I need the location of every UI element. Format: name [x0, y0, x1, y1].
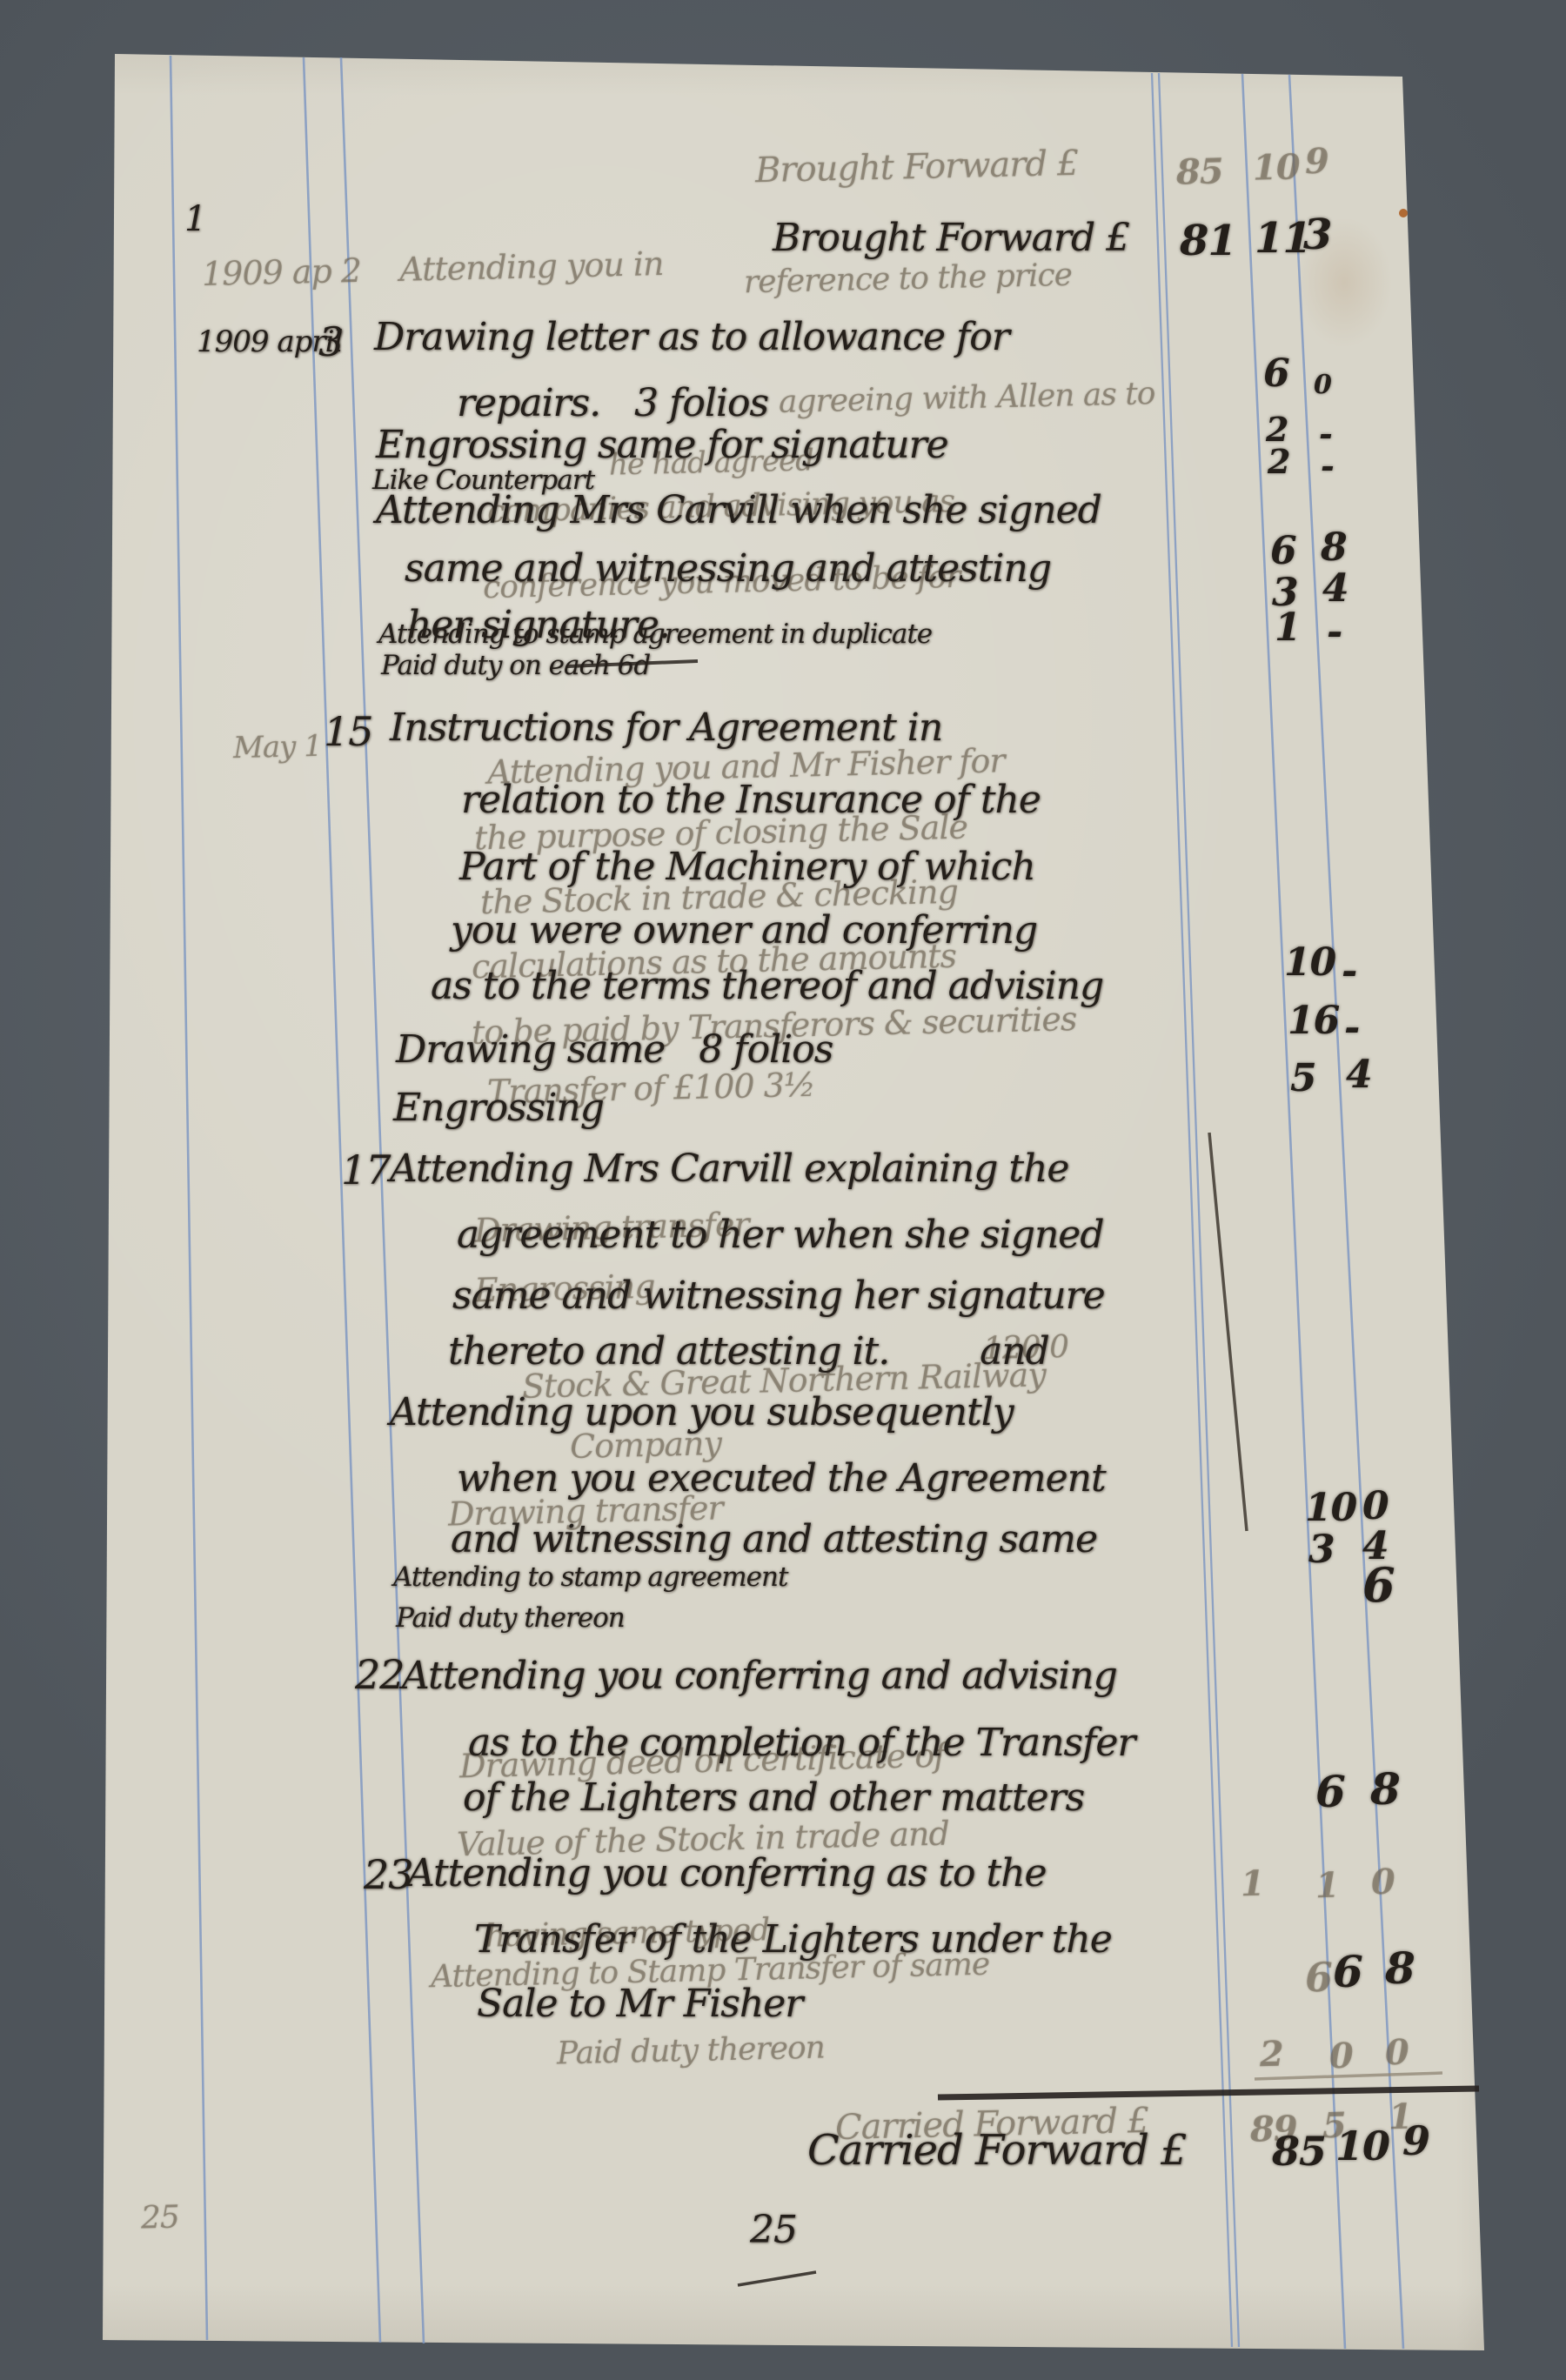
page-number: 25 [750, 2211, 797, 2250]
entry-line: Paid duty thereon [396, 1605, 625, 1632]
entry-line: same and witnessing and attesting [405, 550, 1051, 588]
amount-pence: 0 [1314, 372, 1331, 398]
entry-line: Paid duty on each 6d [381, 652, 650, 679]
amount-pence: - [1344, 1009, 1359, 1047]
entry-line: Engrossing same for signature [376, 426, 948, 465]
entry-line: of the Lighters and other matters [463, 1779, 1084, 1817]
ghost-shillings: 0 [1329, 2039, 1354, 2075]
entry-line: relation to the Insurance of the [461, 781, 1041, 819]
entry-line: you were owner and conferring [451, 912, 1037, 950]
brought-forward-pence: 3 [1303, 214, 1331, 256]
entry-line: as to the completion of the Transfer [468, 1724, 1134, 1762]
amount-pence: 8 [1370, 1768, 1400, 1811]
entry-line: Drawing same 8 folios [396, 1031, 833, 1069]
entry-line: Drawing letter as to allowance for [374, 318, 1009, 357]
ghost-line: reference to the price [744, 260, 1073, 299]
day-number: 3 [318, 322, 343, 362]
amount-shillings: 5 [1290, 1060, 1316, 1098]
ghost-page-number: 25 [141, 2203, 180, 2235]
amount-pence: 8 [1321, 529, 1347, 567]
ink-bracket-line [1209, 1133, 1247, 1531]
entry-line: Sale to Mr Fisher [477, 1985, 802, 2023]
amount-pence: 4 [1322, 570, 1348, 608]
carried-forward-shillings: 10 [1335, 2126, 1389, 2166]
entry-line: Instructions for Agreement in [390, 709, 942, 747]
amount-shillings: 6 [1270, 532, 1296, 571]
ghost-pounds: 2 [1260, 2037, 1284, 2073]
amount-shillings: 6 [1333, 1950, 1362, 1994]
entry-line: Attending you conferring and advising [402, 1657, 1117, 1695]
entry-line: Attending Mrs Carvill when she signed [376, 491, 1101, 530]
amount-shillings: 1 [1275, 609, 1301, 647]
amount-shillings: 6 [1315, 1770, 1345, 1814]
stray-pen-mark: 1 [184, 202, 205, 237]
ghost-pounds: 85 [1176, 154, 1224, 190]
entry-line: and witnessing and attesting same [451, 1521, 1097, 1559]
entry-line: as to the terms thereof and advising [431, 967, 1103, 1006]
ghost-pence: 0 [1371, 1865, 1395, 1901]
entry-line: Attending Mrs Carvill explaining the [390, 1150, 1068, 1188]
day-number: 17 [341, 1150, 391, 1190]
entry-line: repairs. 3 folios [457, 384, 768, 423]
amount-shillings: 6 [1263, 355, 1289, 393]
carried-forward-pence: 9 [1402, 2121, 1429, 2161]
ghost-pounds: 6 [1304, 1957, 1332, 1998]
amount-pence: 4 [1346, 1056, 1372, 1094]
amount-pence: 8 [1385, 1947, 1415, 1990]
entry-line: Attending to stamp agreement [393, 1564, 787, 1591]
ghost-pence: 0 [1385, 2036, 1409, 2071]
day-number: 23 [364, 1855, 413, 1895]
entry-line: Engrossing [393, 1089, 604, 1127]
ghost-margin-date: May 1 [233, 732, 322, 763]
ghost-line: Paid duty thereon [557, 2033, 826, 2070]
photographed-ledger-page: Brought Forward £ 85 10 9 1909 ap 2 Atte… [0, 0, 1566, 2380]
entry-line: Part of the Machinery of which [459, 848, 1035, 886]
entry-line: Attending you conferring as to the [407, 1855, 1047, 1893]
entry-line: Attending to stamp agreement in duplicat… [378, 621, 932, 648]
carried-forward-label: Carried Forward £ [807, 2129, 1187, 2171]
day-number: 15 [324, 712, 373, 752]
amount-shillings: 16 [1288, 1002, 1339, 1040]
brought-forward-pounds: 81 [1180, 220, 1236, 262]
entry-line: agreement to her when she signed [457, 1216, 1104, 1254]
ghost-brought-forward-label: Brought Forward £ [755, 146, 1079, 188]
amount-pence: 0 [1362, 1487, 1389, 1526]
amount-pence: 6 [1362, 1561, 1395, 1608]
page-number-underline [738, 2272, 816, 2285]
amount-shillings: 10 [1284, 944, 1335, 982]
entry-line: same and witnessing her signature [452, 1277, 1105, 1315]
amount-pence: - [1321, 450, 1334, 483]
amount-pence: - [1327, 613, 1342, 652]
ghost-line: 1909 ap 2 Attending you in [202, 247, 664, 291]
entry-line: thereto and attesting it. and [448, 1333, 1049, 1371]
ghost-shillings: 10 [1253, 150, 1301, 185]
carried-forward-pounds: 85 [1272, 2131, 1326, 2171]
brought-forward-label: Brought Forward £ [773, 219, 1129, 257]
entry-line: when you executed the Agreement [457, 1460, 1106, 1498]
amount-shillings: 2 [1268, 445, 1289, 478]
entry-line: Transfer of the Lighters under the [474, 1921, 1112, 1959]
ghost-pence: 9 [1305, 144, 1329, 180]
amount-pence: - [1342, 953, 1356, 991]
entry-line: Attending upon you subsequently [390, 1394, 1014, 1432]
amount-shillings: 10 [1305, 1489, 1356, 1528]
amount-shillings: 3 [1308, 1531, 1335, 1569]
ghost-pounds: 1 [1241, 1867, 1265, 1902]
day-number: 22 [355, 1655, 405, 1695]
ghost-line: agreeing with Allen as to [779, 378, 1155, 418]
ghost-shillings: 1 [1315, 1869, 1340, 1904]
